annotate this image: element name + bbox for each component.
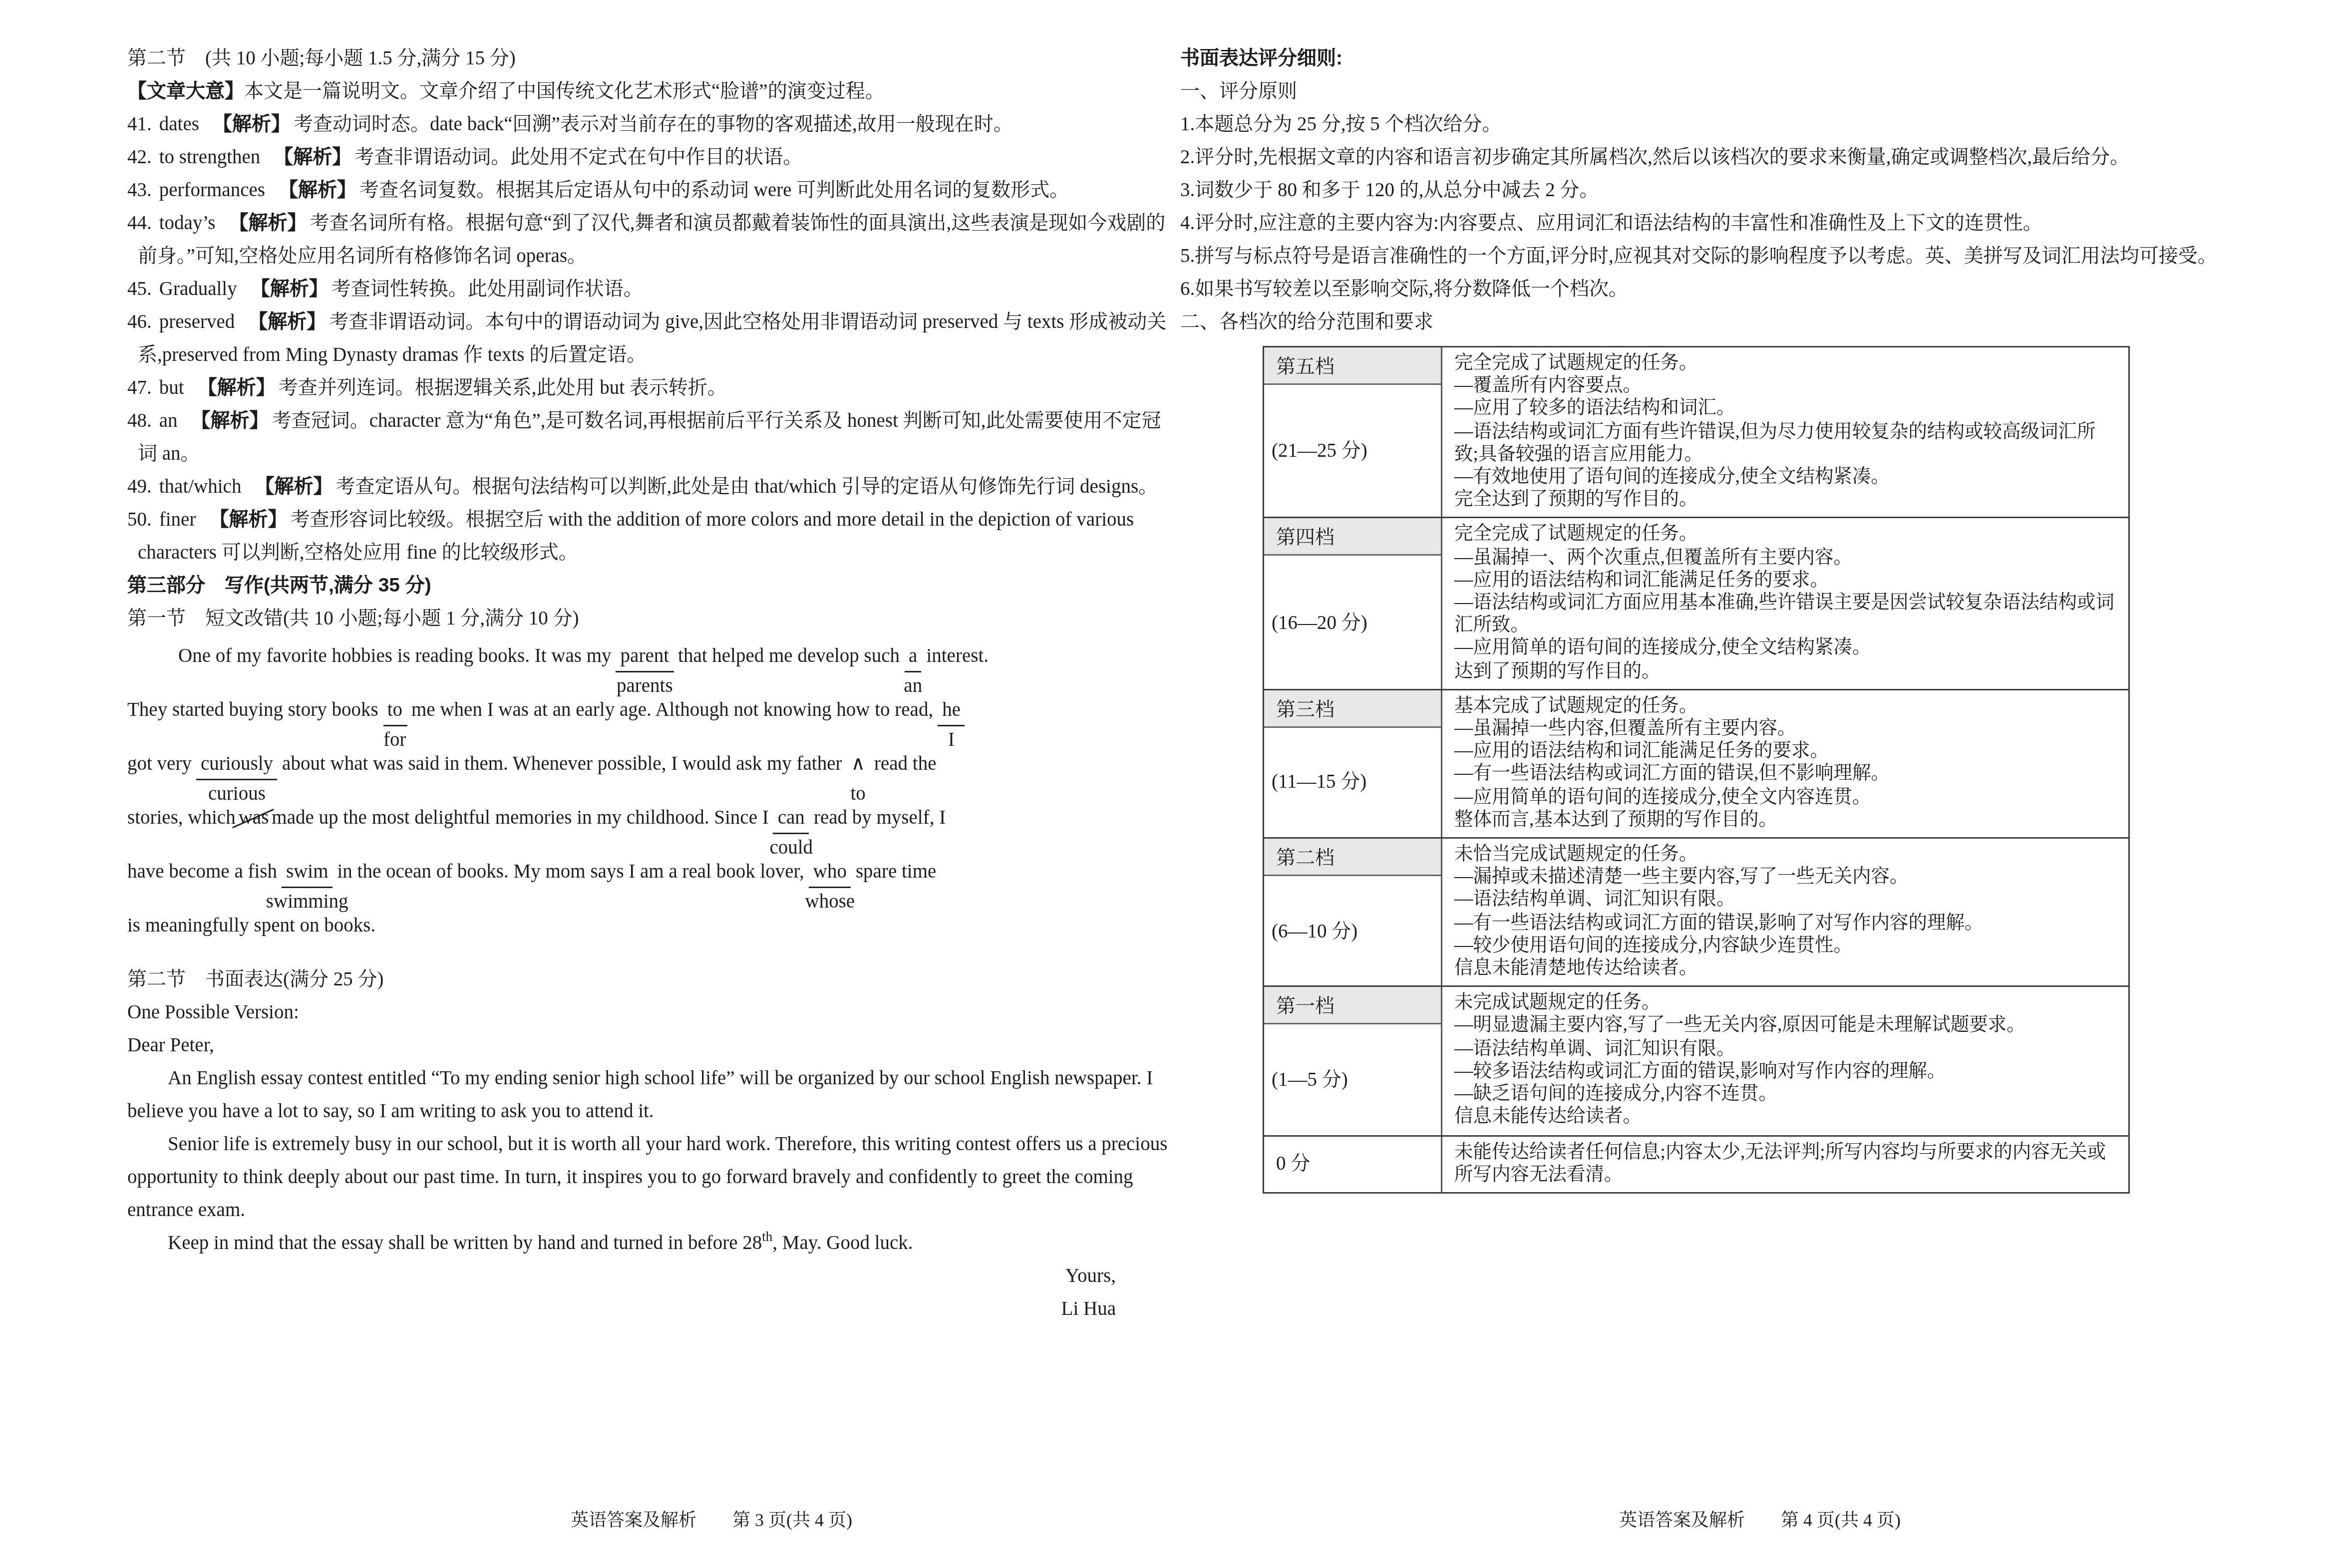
item-answer: but — [159, 376, 184, 398]
text-segment: have become a fish — [127, 860, 277, 882]
band-description: 完全完成了试题规定的任务。 —覆盖所有内容要点。 —应用了较多的语法结构和词汇。… — [1442, 347, 2128, 517]
analysis-label: 【解析】 — [274, 145, 351, 168]
letter-closing: Yours, — [127, 1259, 1179, 1292]
item-number: 44. — [127, 211, 152, 234]
letter-salutation: Dear Peter, — [127, 1029, 1179, 1062]
band-description: 基本完成了试题规定的任务。 —虽漏掉一些内容,但覆盖所有主要内容。 —应用的语法… — [1442, 690, 2128, 838]
text-segment: in the ocean of books. My mom says I am … — [337, 860, 804, 882]
passage-summary: 【文章大意】本文是一篇说明文。文章介绍了中国传统文化艺术形式“脸谱”的演变过程。 — [127, 75, 1179, 108]
item-answer: that/which — [159, 475, 242, 497]
passage-line-4: stories, whichwasmade up the most deligh… — [127, 803, 1179, 834]
rubric-row-band1: 第一档 (1—5 分) 未完成试题规定的任务。 —明显遗漏主要内容,写了一些无关… — [1264, 986, 2128, 1135]
wrong-word: parent — [621, 644, 669, 666]
text-segment: interest. — [926, 644, 989, 666]
answer-item-43: 43.performances【解析】考查名词复数。根据其后定语从句中的系动词 … — [127, 174, 1179, 207]
page4-footer: 英语答案及解析 第 4 页(共 4 页) — [1213, 1508, 2307, 1532]
answer-item-49: 49.that/which【解析】考查定语从句。根据句法结构可以判断,此处是由 … — [127, 470, 1179, 503]
principle-3: 3.词数少于 80 和多于 120 的,从总分中减去 2 分。 — [1180, 174, 2244, 207]
text-segment: me when I was at an early age. Although … — [411, 698, 933, 720]
band-description: 完全完成了试题规定的任务。 —虽漏掉一、两个次重点,但覆盖所有主要内容。 —应用… — [1442, 519, 2128, 688]
item-analysis: 考查非谓语动词。此处用不定式在句中作目的状语。 — [354, 145, 802, 168]
scoring-rubric-table: 第五档 (21—25 分) 完全完成了试题规定的任务。 —覆盖所有内容要点。 —… — [1263, 346, 2130, 1194]
text-segment: stories, which — [127, 806, 236, 828]
band-cell: 第五档 (21—25 分) — [1264, 347, 1442, 517]
band-description: 未恰当完成试题规定的任务。 —漏掉或未描述清楚一些主要内容,写了一些无关内容。 … — [1442, 839, 2128, 986]
letter-paragraph-1: An English essay contest entitled “To my… — [127, 1062, 1179, 1128]
corrected-word: swimswimming — [282, 857, 333, 888]
letter-paragraph-3: Keep in mind that the essay shall be wri… — [127, 1227, 1179, 1259]
band-label: 第五档 — [1264, 347, 1441, 385]
item-analysis: 考查冠词。character 意为“角色”,是可数名词,再根据前后平行关系及 h… — [138, 409, 1161, 464]
bands-heading: 二、各档次的给分范围和要求 — [1180, 306, 2244, 338]
item-answer: performances — [159, 178, 265, 201]
text-segment: spare time — [856, 860, 936, 882]
text-segment: Keep in mind that the essay shall be wri… — [168, 1231, 762, 1254]
passage-line-6: is meaningfully spent on books. — [127, 911, 1179, 941]
principle-4: 4.评分时,应注意的主要内容为:内容要点、应用词汇和语法结构的丰富性和准确性及上… — [1180, 207, 2244, 240]
insertion-caret: ∧to — [845, 749, 871, 779]
corrected-word: tofor — [383, 695, 407, 726]
corrected-word: aan — [904, 641, 922, 672]
item-number: 48. — [127, 409, 152, 431]
section1-heading: 第一节 短文改错(共 10 小题;每小题 1 分,满分 10 分) — [127, 602, 1179, 635]
text-segment: made up the most delightful memories in … — [272, 806, 768, 828]
principle-2: 2.评分时,先根据文章的内容和语言初步确定其所属档次,然后以该档次的要求来衡量,… — [1180, 141, 2244, 174]
item-answer: an — [159, 409, 178, 431]
principle-5: 5.拼写与标点符号是语言准确性的一个方面,评分时,应视其对交际的影响程度予以考虑… — [1180, 240, 2244, 273]
band-label: 第一档 — [1264, 987, 1441, 1025]
ordinal-suffix: th — [762, 1229, 772, 1244]
band-range: (1—5 分) — [1264, 1025, 1441, 1135]
analysis-label: 【解析】 — [248, 310, 326, 332]
band-cell: 0 分 — [1264, 1136, 1442, 1192]
item-number: 43. — [127, 178, 152, 201]
item-answer: finer — [159, 508, 196, 530]
band-cell: 第三档 (11—15 分) — [1264, 690, 1442, 838]
item-analysis: 考查名词复数。根据其后定语从句中的系动词 were 可判断此处用名词的复数形式。 — [359, 178, 1069, 201]
one-possible-version-label: One Possible Version: — [127, 996, 1179, 1029]
corrected-word: whowhose — [809, 857, 851, 888]
item-number: 42. — [127, 145, 152, 168]
text-segment: One of my favorite hobbies is reading bo… — [178, 644, 612, 666]
answer-item-44: 44.today’s【解析】考查名词所有格。根据句意“到了汉代,舞者和演员都戴着… — [127, 207, 1179, 273]
wrong-word: a — [909, 644, 917, 666]
band-description: 未能传达给读者任何信息;内容太少,无法评判;所写内容均与所要求的内容无关或所写内… — [1442, 1136, 2128, 1192]
band-label: 0 分 — [1264, 1136, 1441, 1192]
band-label: 第四档 — [1264, 519, 1441, 556]
principle-6: 6.如果书写较差以至影响交际,将分数降低一个档次。 — [1180, 273, 2244, 306]
answer-item-48: 48.an【解析】考查冠词。character 意为“角色”,是可数名词,再根据… — [127, 404, 1179, 470]
analysis-label: 【解析】 — [191, 409, 269, 431]
text-segment: read by myself, I — [814, 806, 946, 828]
deleted-word: was — [236, 803, 272, 833]
wrong-word: was — [239, 806, 269, 828]
wrong-word: swim — [286, 860, 329, 882]
principles-heading: 一、评分原则 — [1180, 75, 2244, 108]
text-segment: read the — [874, 752, 937, 774]
corrected-word: parentparents — [616, 641, 673, 672]
band-range: (21—25 分) — [1264, 385, 1441, 517]
wrong-word: curiously — [201, 752, 273, 774]
analysis-label: 【解析】 — [213, 112, 291, 135]
text-segment: They started buying story books — [127, 698, 378, 720]
item-number: 47. — [127, 376, 152, 398]
wrong-word: to — [387, 698, 402, 720]
item-answer: today’s — [159, 211, 216, 234]
analysis-label: 【解析】 — [209, 508, 287, 530]
section2b-heading: 第二节 书面表达(满分 25 分) — [127, 963, 1179, 996]
passage-line-1: One of my favorite hobbies is reading bo… — [127, 641, 1179, 672]
part3-heading: 第三部分 写作(共两节,满分 35 分) — [127, 569, 1179, 602]
summary-text: 本文是一篇说明文。文章介绍了中国传统文化艺术形式“脸谱”的演变过程。 — [244, 79, 885, 102]
item-analysis: 考查并列连词。根据逻辑关系,此处用 but 表示转折。 — [279, 376, 727, 398]
rubric-row-zero: 0 分 未能传达给读者任何信息;内容太少,无法评判;所写内容均与所要求的内容无关… — [1264, 1135, 2128, 1192]
band-cell: 第一档 (1—5 分) — [1264, 987, 1442, 1135]
item-answer: preserved — [159, 310, 235, 332]
text-segment: got very — [127, 752, 192, 774]
band-description: 未完成试题规定的任务。 —明显遗漏主要内容,写了一些无关内容,原因可能是未理解试… — [1442, 987, 2128, 1135]
letter-signature: Li Hua — [127, 1292, 1179, 1325]
answer-item-41: 41.dates【解析】考查动词时态。date back“回溯”表示对当前存在的… — [127, 108, 1179, 141]
letter-paragraph-2: Senior life is extremely busy in our sch… — [127, 1128, 1179, 1227]
answer-item-47: 47.but【解析】考查并列连词。根据逻辑关系,此处用 but 表示转折。 — [127, 371, 1179, 404]
section2-heading: 第二节 (共 10 小题;每小题 1.5 分,满分 15 分) — [127, 42, 1179, 75]
band-range: (6—10 分) — [1264, 876, 1441, 986]
band-label: 第三档 — [1264, 690, 1441, 728]
corrected-word: cancould — [773, 803, 809, 834]
analysis-label: 【解析】 — [229, 211, 307, 234]
rubric-row-band4: 第四档 (16—20 分) 完全完成了试题规定的任务。 —虽漏掉一、两个次重点,… — [1264, 517, 2128, 688]
band-cell: 第四档 (16—20 分) — [1264, 519, 1442, 688]
wrong-word: he — [942, 698, 961, 720]
text-segment: that helped me develop such — [678, 644, 900, 666]
model-essay: Dear Peter, An English essay contest ent… — [127, 1029, 1179, 1325]
rubric-row-band3: 第三档 (11—15 分) 基本完成了试题规定的任务。 —虽漏掉一些内容,但覆盖… — [1264, 689, 2128, 838]
wrong-word: who — [813, 860, 847, 882]
item-number: 41. — [127, 112, 152, 135]
error-correction-passage: One of my favorite hobbies is reading bo… — [127, 641, 1179, 941]
item-number: 50. — [127, 508, 152, 530]
caret-icon: ∧ — [851, 752, 865, 774]
passage-line-3: got verycuriouslycuriousabout what was s… — [127, 749, 1179, 780]
item-analysis: 考查词性转换。此处用副词作状语。 — [332, 277, 643, 300]
band-range: (11—15 分) — [1264, 728, 1441, 838]
item-answer: Gradually — [159, 277, 237, 300]
answer-item-50: 50.finer【解析】考查形容词比较级。根据空后 with the addit… — [127, 503, 1179, 569]
passage-line-2: They started buying story bookstoforme w… — [127, 695, 1179, 726]
text-segment: , May. Good luck. — [772, 1231, 913, 1254]
item-number: 49. — [127, 475, 152, 497]
item-answer: to strengthen — [159, 145, 261, 168]
answer-item-45: 45.Gradually【解析】考查词性转换。此处用副词作状语。 — [127, 273, 1179, 306]
wrong-word: can — [778, 806, 805, 828]
text-segment: is meaningfully spent on books. — [127, 914, 375, 936]
band-cell: 第二档 (6—10 分) — [1264, 839, 1442, 986]
principle-1: 1.本题总分为 25 分,按 5 个档次给分。 — [1180, 108, 2244, 141]
analysis-label: 【解析】 — [251, 277, 329, 300]
corrected-word: heI — [938, 695, 965, 726]
item-answer: dates — [159, 112, 199, 135]
analysis-label: 【解析】 — [279, 178, 356, 201]
rubric-row-band5: 第五档 (21—25 分) 完全完成了试题规定的任务。 —覆盖所有内容要点。 —… — [1264, 347, 2128, 517]
passage-line-5: have become a fishswimswimmingin the oce… — [127, 857, 1179, 888]
item-analysis: 考查定语从句。根据句法结构可以判断,此处是由 that/which 引导的定语从… — [335, 475, 1158, 497]
band-label: 第二档 — [1264, 839, 1441, 876]
item-number: 46. — [127, 310, 152, 332]
page4-column: 书面表达评分细则: 一、评分原则 1.本题总分为 25 分,按 5 个档次给分。… — [1180, 42, 2244, 1194]
answer-item-42: 42.to strengthen【解析】考查非谓语动词。此处用不定式在句中作目的… — [127, 141, 1179, 174]
analysis-label: 【解析】 — [255, 475, 333, 497]
corrected-word: curiouslycurious — [196, 749, 278, 780]
summary-label: 【文章大意】 — [127, 79, 244, 102]
rubric-row-band2: 第二档 (6—10 分) 未恰当完成试题规定的任务。 —漏掉或未描述清楚一些主要… — [1264, 837, 2128, 986]
item-analysis: 考查动词时态。date back“回溯”表示对当前存在的事物的客观描述,故用一般… — [294, 112, 1013, 135]
analysis-label: 【解析】 — [198, 376, 276, 398]
item-number: 45. — [127, 277, 152, 300]
page3-footer: 英语答案及解析 第 3 页(共 4 页) — [142, 1508, 1281, 1532]
text-segment: about what was said in them. Whenever po… — [282, 752, 842, 774]
page3-column: 第二节 (共 10 小题;每小题 1.5 分,满分 15 分) 【文章大意】本文… — [127, 42, 1179, 1325]
band-range: (16—20 分) — [1264, 556, 1441, 688]
rubric-title: 书面表达评分细则: — [1180, 42, 2244, 75]
answer-item-46: 46.preserved【解析】考查非谓语动词。本句中的谓语动词为 give,因… — [127, 306, 1179, 371]
answer-key-spread: 第二节 (共 10 小题;每小题 1.5 分,满分 15 分) 【文章大意】本文… — [0, 0, 2335, 1568]
